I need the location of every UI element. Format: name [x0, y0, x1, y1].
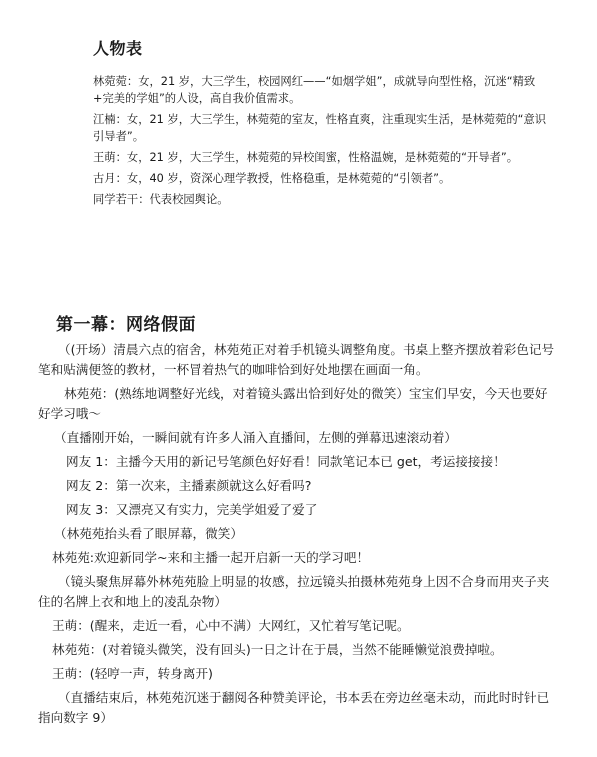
cast-entry-wang: 王萌：女，21 岁，大三学生，林菀菀的异校闺蜜，性格温婉，是林菀菀的“开导者”。: [93, 149, 553, 166]
stage-direction: （镜头聚焦屏幕外林苑苑脸上明显的妆感，拉远镜头拍摄林苑苑身上因不合身而用夹子夹住…: [38, 572, 558, 612]
comment-speaker: 网友 1：: [52, 452, 116, 472]
dialogue-line: 林苑苑:欢迎新同学~来和主播一起开启新一天的学习吧！: [38, 548, 558, 568]
comment-line-1: 网友 1：主播今天用的新记号笔颜色好好看！同款笔记本已 get，考运接接接！: [38, 452, 558, 472]
cast-entry-classmates: 同学若干：代表校园舆论。: [93, 191, 553, 208]
comment-text: 又漂亮又有实力，完美学姐爱了爱了: [116, 502, 318, 517]
document-page: 人物表 林菀菀：女，21 岁，大三学生，校园网红——“如烟学姐”，成就导向型性格…: [0, 0, 597, 757]
script-body: （(开场）清晨六点的宿舍，林苑苑正对着手机镜头调整角度。书桌上整齐摆放着彩色记号…: [38, 340, 558, 728]
comment-line-2: 网友 2：第一次来，主播素颜就这么好看吗?: [38, 476, 558, 496]
comment-text: 第一次来，主播素颜就这么好看吗?: [116, 478, 312, 493]
stage-direction: （直播刚开始，一瞬间就有许多人涌入直播间，左侧的弹幕迅速滚动着）: [38, 428, 558, 448]
cast-list: 林菀菀：女，21 岁，大三学生，校园网红——“如烟学姐”，成就导向型性格，沉迷“…: [93, 73, 553, 208]
comment-line-3: 网友 3：又漂亮又有实力，完美学姐爱了爱了: [38, 500, 558, 520]
comment-speaker: 网友 3：: [52, 500, 116, 520]
dialogue-line: 林苑苑：(对着镜头微笑，没有回头)一日之计在于晨，当然不能睡懒觉浪费掉啦。: [38, 640, 558, 660]
cast-entry-gu: 古月：女，40 岁，资深心理学教授，性格稳重，是林菀菀的“引领者”。: [93, 170, 553, 187]
act-one-title: 第一幕：网络假面: [56, 310, 558, 340]
comment-speaker: 网友 2：: [52, 476, 116, 496]
cast-entry-lin: 林菀菀：女，21 岁，大三学生，校园网红——“如烟学姐”，成就导向型性格，沉迷“…: [93, 73, 553, 107]
dialogue-line: 王萌：(醒来，走近一看，心中不满）大网红，又忙着写笔记呢。: [38, 616, 558, 636]
act-one-section: 第一幕：网络假面 （(开场）清晨六点的宿舍，林苑苑正对着手机镜头调整角度。书桌上…: [38, 310, 558, 732]
dialogue-line: 王萌：(轻哼一声，转身离开): [38, 664, 558, 684]
comment-text: 主播今天用的新记号笔颜色好好看！同款笔记本已 get，考运接接接！: [116, 454, 506, 469]
cast-list-section: 人物表 林菀菀：女，21 岁，大三学生，校园网红——“如烟学姐”，成就导向型性格…: [93, 36, 553, 212]
stage-direction: （林苑苑抬头看了眼屏幕，微笑）: [38, 524, 558, 544]
stage-direction-opening: （(开场）清晨六点的宿舍，林苑苑正对着手机镜头调整角度。书桌上整齐摆放着彩色记号…: [38, 340, 558, 380]
cast-entry-jiang: 江楠：女，21 岁，大三学生，林菀菀的室友，性格直爽，注重现实生活，是林菀菀的“…: [93, 111, 553, 145]
dialogue-line: 林苑苑：(熟练地调整好光线，对着镜头露出恰到好处的微笑）宝宝们早安，今天也要好好…: [38, 384, 558, 424]
stage-direction: （直播结束后，林苑苑沉迷于翻阅各种赞美评论，书本丢在旁边丝毫未动，而此时时针已指…: [38, 688, 558, 728]
cast-list-title: 人物表: [93, 36, 553, 59]
